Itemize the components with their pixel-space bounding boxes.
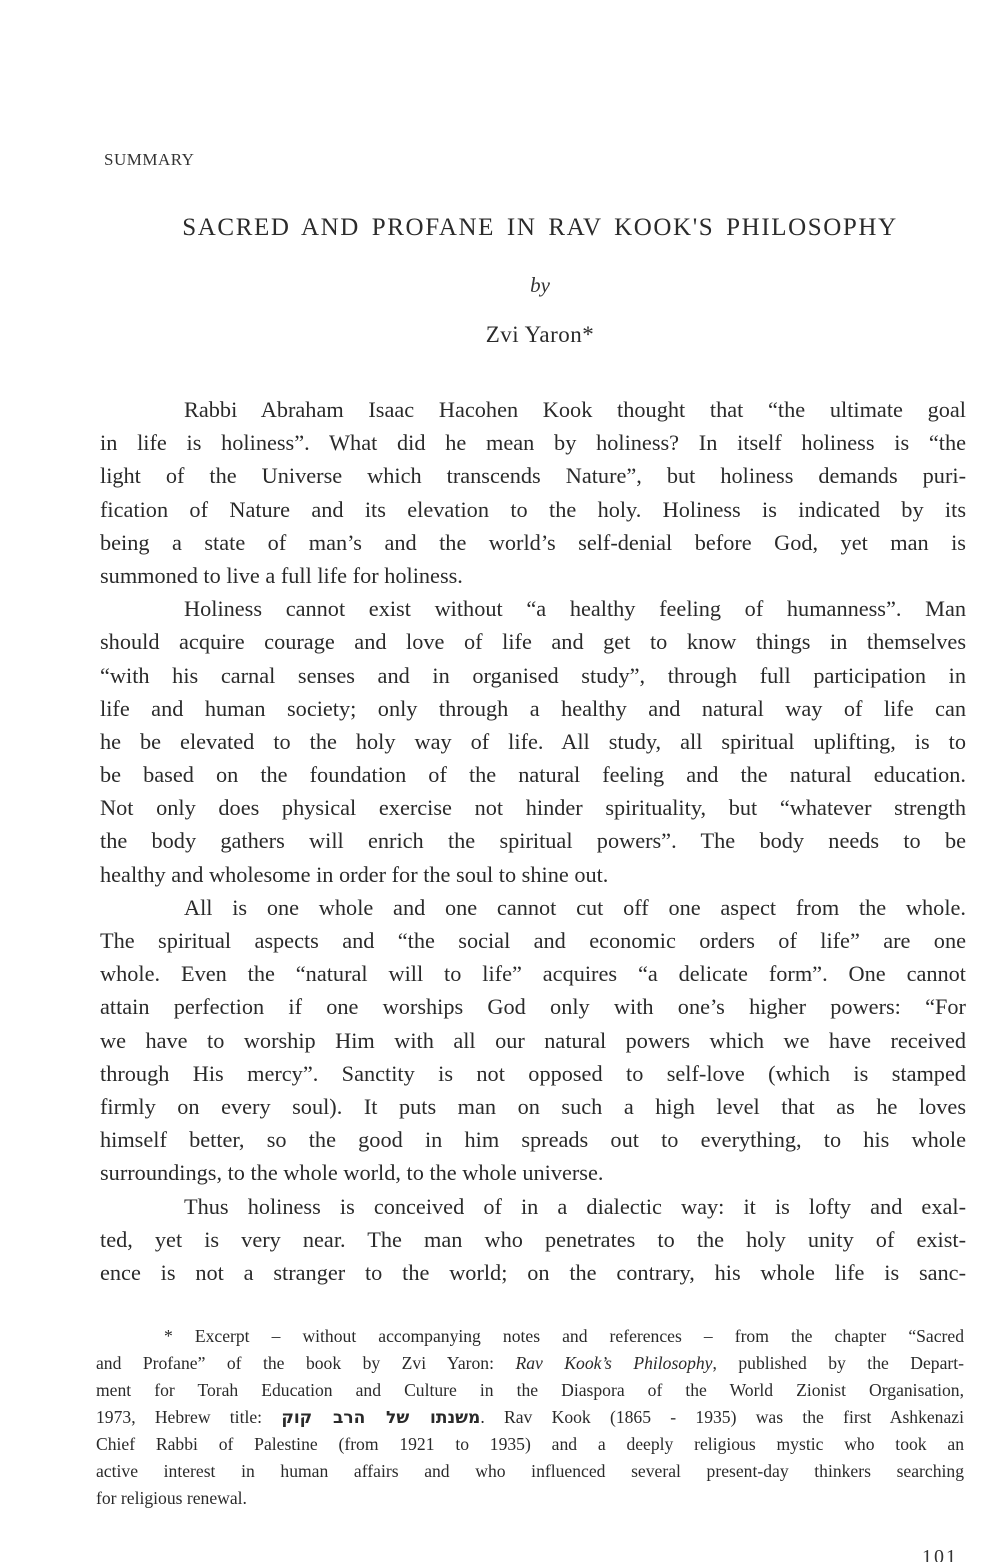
footnote-line: and Profane” of the book by Zvi Yaron: R…: [96, 1350, 964, 1377]
body-line: All is one whole and one cannot cut off …: [100, 891, 966, 924]
article-title: SACRED AND PROFANE IN RAV KOOK'S PHILOSO…: [140, 214, 940, 242]
footnote-text: 1973, Hebrew title:: [96, 1407, 281, 1427]
footnote-line: active interest in human affairs and who…: [96, 1458, 964, 1485]
body-line: should acquire courage and love of life …: [100, 625, 966, 658]
body-line: in life is holiness”. What did he mean b…: [100, 426, 966, 459]
body-line: The spiritual aspects and “the social an…: [100, 924, 966, 957]
document-page: SUMMARY SACRED AND PROFANE IN RAV KOOK'S…: [0, 0, 1000, 1562]
body-line: attain perfection if one worships God on…: [100, 990, 966, 1023]
body-line: life and human society; only through a h…: [100, 692, 966, 725]
footnote-line: * Excerpt – without accompanying notes a…: [96, 1323, 964, 1350]
body-line: he be elevated to the holy way of life. …: [100, 725, 966, 758]
body-line: whole. Even the “natural will to life” a…: [100, 957, 966, 990]
body-line: Rabbi Abraham Isaac Hacohen Kook thought…: [100, 393, 966, 426]
body-line: the body gathers will enrich the spiritu…: [100, 824, 966, 857]
footnote-line: for religious renewal.: [96, 1485, 964, 1512]
body-line: fication of Nature and its elevation to …: [100, 493, 966, 526]
footnote-line: Chief Rabbi of Palestine (from 1921 to 1…: [96, 1431, 964, 1458]
body-line: “with his carnal senses and in organised…: [100, 659, 966, 692]
body-line: firmly on every soul). It puts man on su…: [100, 1090, 966, 1123]
footnote-text: , published by the Depart-: [713, 1353, 965, 1373]
body-text: Rabbi Abraham Isaac Hacohen Kook thought…: [100, 393, 966, 1289]
body-line: we have to worship Him with all our natu…: [100, 1024, 966, 1057]
author-name: Zvi Yaron*: [140, 322, 940, 348]
body-line: Not only does physical exercise not hind…: [100, 791, 966, 824]
byline: by: [140, 273, 940, 298]
footnote-line: ment for Torah Education and Culture in …: [96, 1377, 964, 1404]
body-line: through His mercy”. Sanctity is not oppo…: [100, 1057, 966, 1090]
section-label: SUMMARY: [104, 150, 194, 170]
body-line: Thus holiness is conceived of in a diale…: [100, 1190, 966, 1223]
body-line: ted, yet is very near. The man who penet…: [100, 1223, 966, 1256]
footnote: * Excerpt – without accompanying notes a…: [96, 1323, 964, 1512]
body-line: ence is not a stranger to the world; on …: [100, 1256, 966, 1289]
body-line: Holiness cannot exist without “a healthy…: [100, 592, 966, 625]
body-line: light of the Universe which transcends N…: [100, 459, 966, 492]
footnote-text: . Rav Kook (1865 - 1935) was the first A…: [480, 1407, 964, 1427]
footnote-line: 1973, Hebrew title: משנתו של הרב קוק. Ra…: [96, 1404, 964, 1431]
body-line: being a state of man’s and the world’s s…: [100, 526, 966, 559]
body-line: healthy and wholesome in order for the s…: [100, 858, 966, 891]
body-line: himself better, so the good in him sprea…: [100, 1123, 966, 1156]
body-line: surroundings, to the whole world, to the…: [100, 1156, 966, 1189]
body-line: be based on the foundation of the natura…: [100, 758, 966, 791]
body-line: summoned to live a full life for holines…: [100, 559, 966, 592]
footnote-text: and Profane” of the book by Zvi Yaron:: [96, 1353, 515, 1373]
book-title: Rav Kook’s Philosophy: [515, 1353, 712, 1373]
hebrew-title: משנתו של הרב קוק: [281, 1408, 480, 1428]
page-number: 101: [922, 1546, 958, 1562]
